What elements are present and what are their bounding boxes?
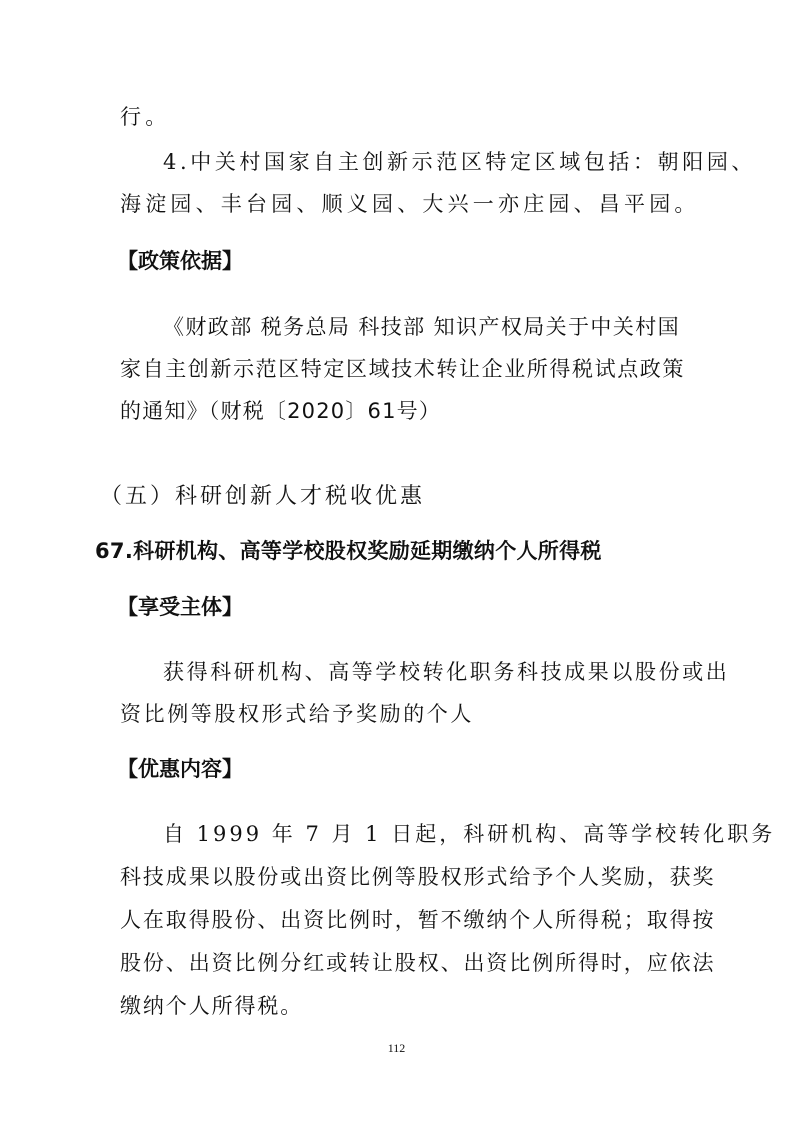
benefit-content-line: 科技成果以股份或出资比例等股权形式给予个人奖励，获奖 [120, 864, 680, 890]
benefit-content-line: 缴纳个人所得税。 [120, 993, 680, 1019]
beneficiary-heading: 【享受主体】 [117, 594, 243, 620]
benefit-content-line: 股份、出资比例分红或转让股权、出资比例所得时，应依法 [120, 950, 680, 976]
policy-basis-heading: 【政策依据】 [117, 248, 243, 274]
note-line: 4.中关村国家自主创新示范区特定区域包括：朝阳园、 [163, 149, 723, 175]
beneficiary-line: 获得科研机构、高等学校转化职务科技成果以股份或出 [163, 659, 723, 685]
note-line: 海淀园、丰台园、顺义园、大兴一亦庄园、昌平园。 [120, 191, 680, 217]
page-number: 112 [0, 1041, 793, 1055]
policy-basis-line: 家自主创新示范区特定区域技术转让企业所得税试点政策 [120, 356, 680, 382]
benefit-content-line: 人在取得股份、出资比例时，暂不缴纳个人所得税；取得按 [120, 907, 680, 933]
section-title: （五）科研创新人才税收优惠 [100, 484, 425, 510]
item-title: 67.科研机构、高等学校股权奖励延期缴纳个人所得税 [95, 538, 602, 564]
policy-basis-line: 的通知》（财税〔2020〕61号） [120, 398, 680, 424]
benefit-content-line: 自 1999 年 7 月 1 日起，科研机构、高等学校转化职务 [163, 821, 723, 847]
policy-basis-line: 《财政部 税务总局 科技部 知识产权局关于中关村国 [163, 314, 723, 340]
beneficiary-line: 资比例等股权形式给予奖励的个人 [120, 701, 680, 727]
benefit-content-heading: 【优惠内容】 [117, 756, 243, 782]
continuation-text: 行。 [120, 104, 680, 130]
